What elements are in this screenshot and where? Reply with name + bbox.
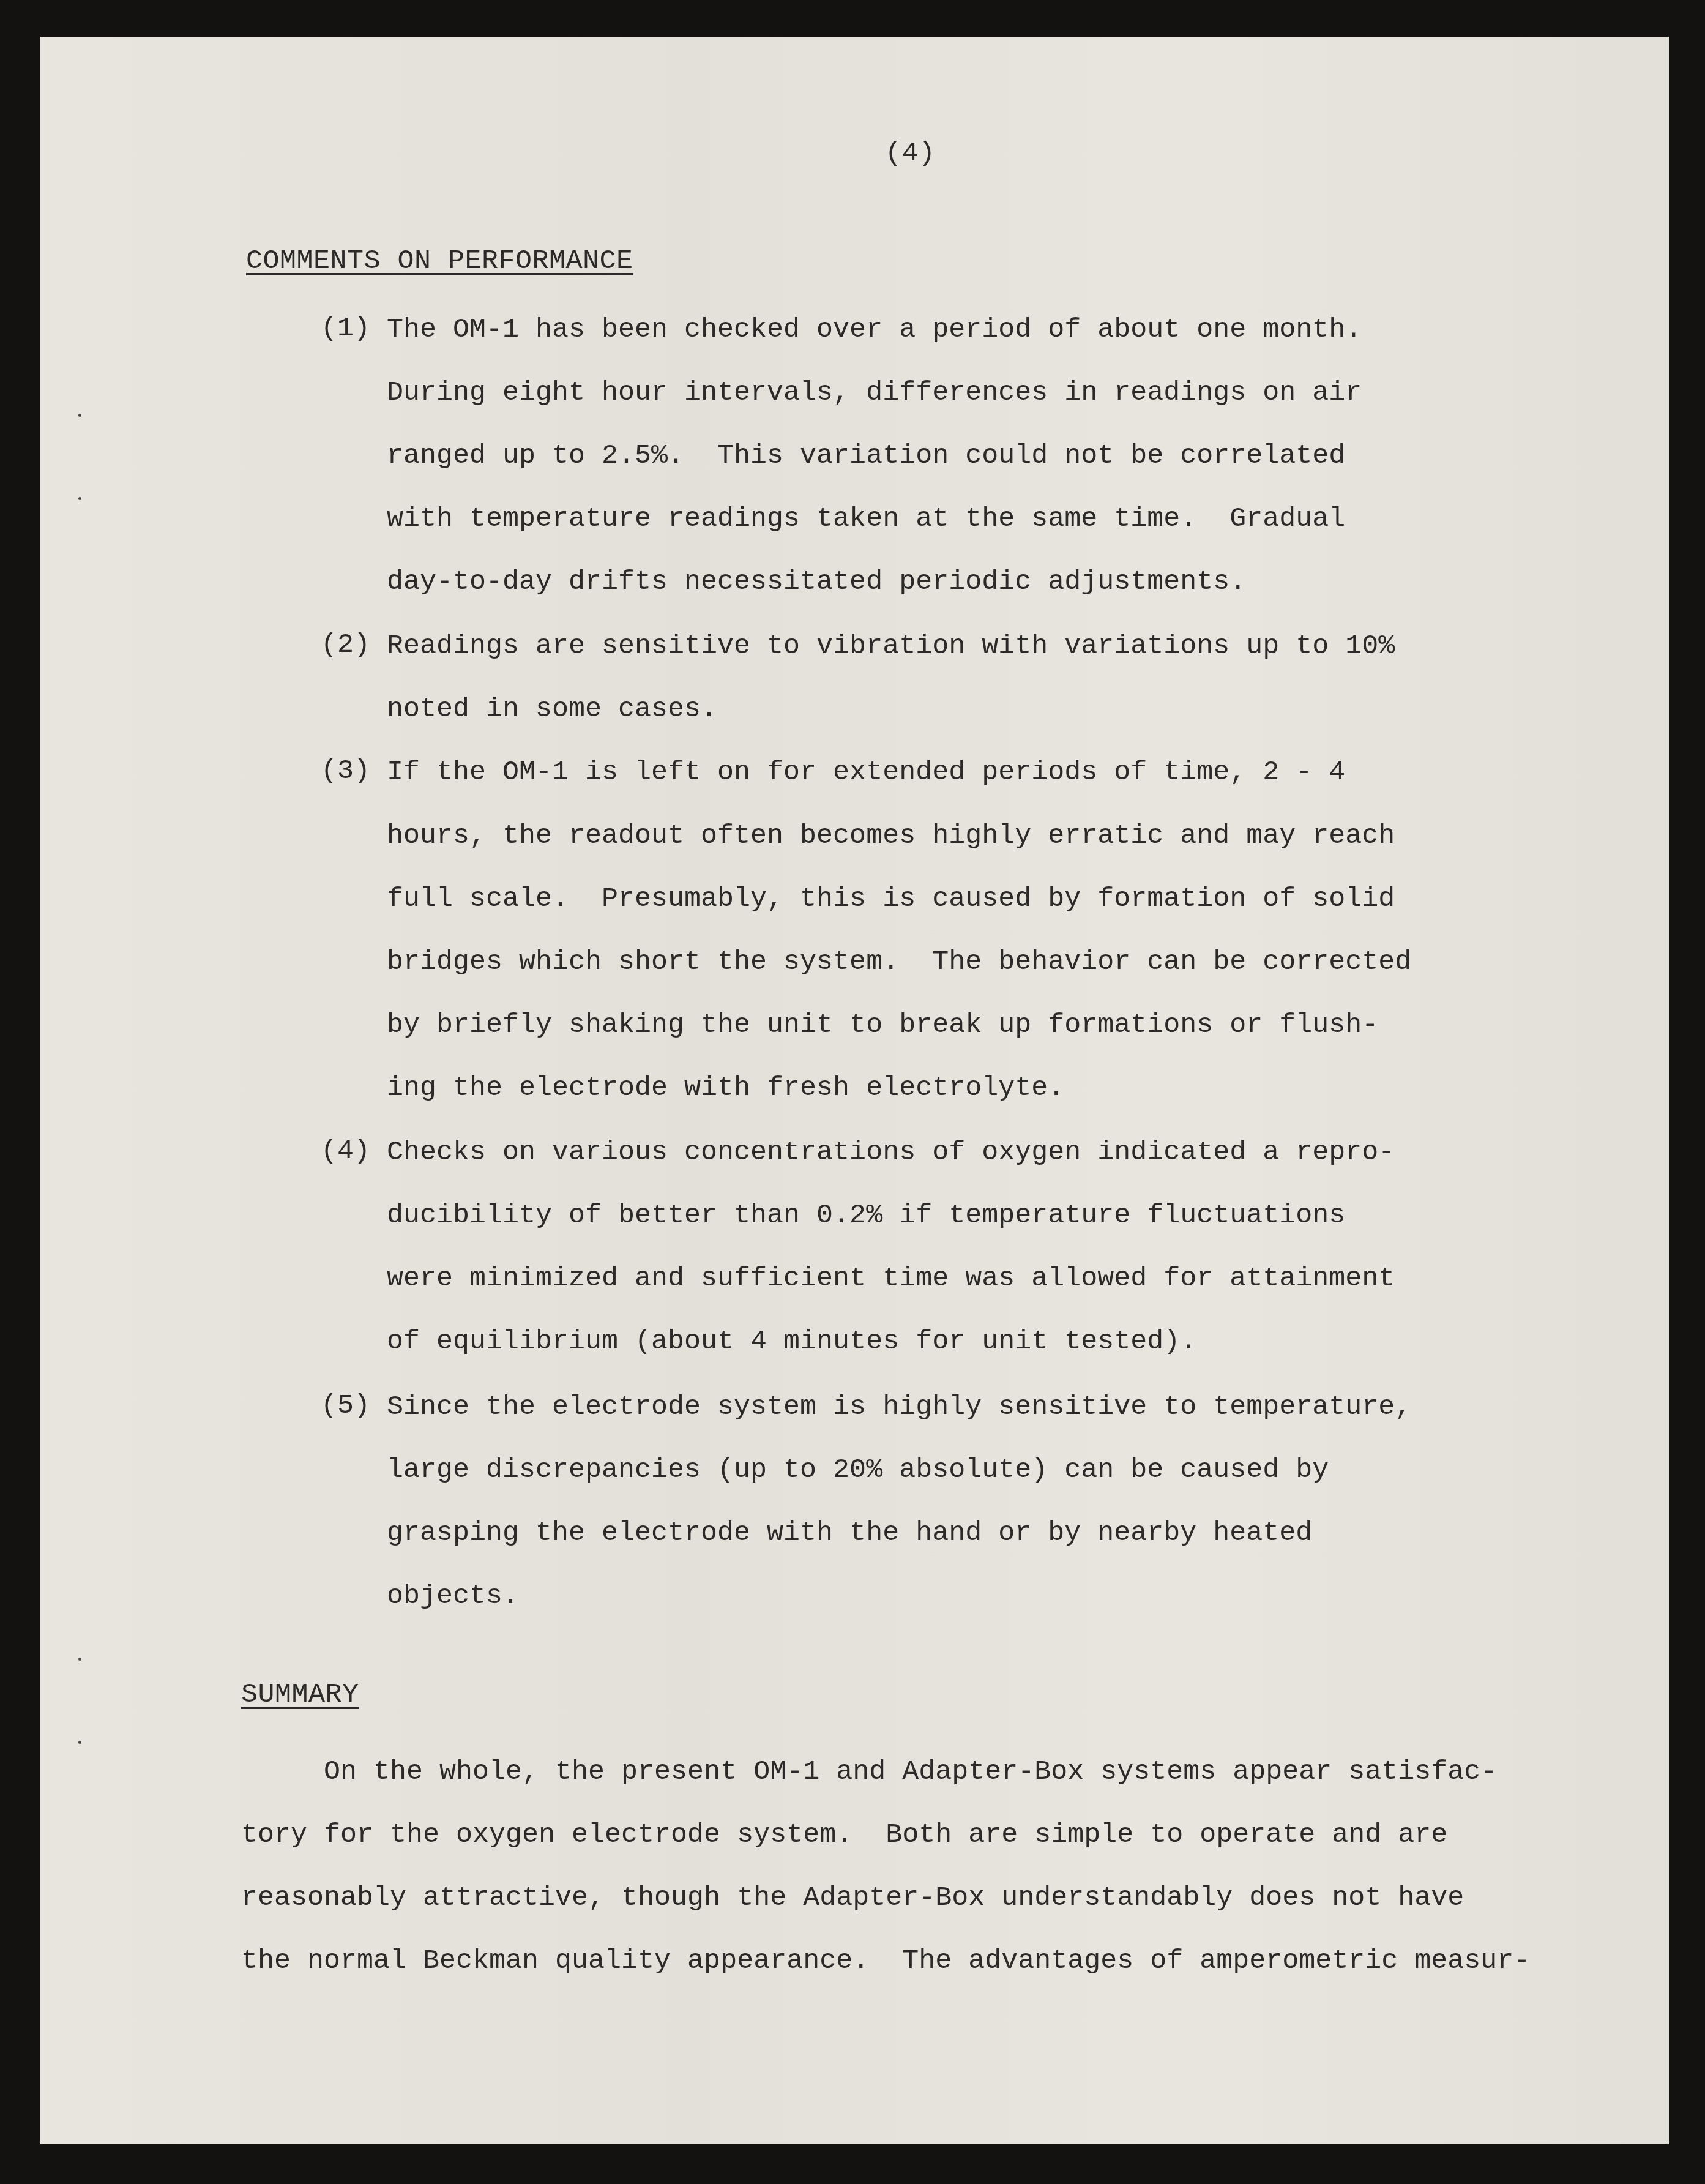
item-line: objects. xyxy=(387,1582,519,1610)
item-line: ranged up to 2.5%. This variation could … xyxy=(387,442,1345,469)
item-line: were minimized and sufficient time was a… xyxy=(387,1265,1395,1292)
summary-line: the normal Beckman quality appearance. T… xyxy=(241,1947,1530,1975)
item-line: of equilibrium (about 4 minutes for unit… xyxy=(387,1328,1196,1355)
paper-speck xyxy=(78,497,81,500)
item-number: (5) xyxy=(321,1392,370,1419)
summary-line: On the whole, the present OM-1 and Adapt… xyxy=(241,1758,1497,1786)
item-number: (2) xyxy=(321,631,370,659)
item-line: bridges which short the system. The beha… xyxy=(387,948,1411,976)
document-page: (4) COMMENTS ON PERFORMANCE (1) The OM-1… xyxy=(40,37,1669,2144)
item-line: ing the electrode with fresh electrolyte… xyxy=(387,1074,1064,1102)
paper-speck xyxy=(78,1658,81,1661)
paper-speck xyxy=(78,414,81,417)
item-line: noted in some cases. xyxy=(387,695,717,723)
item-line: Since the electrode system is highly sen… xyxy=(387,1393,1411,1421)
item-line: The OM-1 has been checked over a period … xyxy=(387,316,1362,343)
item-line: hours, the readout often becomes highly … xyxy=(387,822,1395,850)
item-line: During eight hour intervals, differences… xyxy=(387,379,1362,406)
item-line: grasping the electrode with the hand or … xyxy=(387,1519,1312,1547)
item-line: with temperature readings taken at the s… xyxy=(387,505,1345,533)
section-heading-summary: SUMMARY xyxy=(241,1681,359,1708)
paper-speck xyxy=(78,1741,81,1744)
item-line: ducibility of better than 0.2% if temper… xyxy=(387,1202,1345,1229)
item-line: Checks on various concentrations of oxyg… xyxy=(387,1139,1395,1166)
item-line: large discrepancies (up to 20% absolute)… xyxy=(387,1456,1329,1484)
item-line: day-to-day drifts necessitated periodic … xyxy=(387,568,1246,596)
item-line: If the OM-1 is left on for extended peri… xyxy=(387,758,1345,786)
item-line: Readings are sensitive to vibration with… xyxy=(387,632,1395,660)
page-number: (4) xyxy=(885,140,936,167)
summary-line: tory for the oxygen electrode system. Bo… xyxy=(241,1821,1447,1849)
item-number: (1) xyxy=(321,315,370,342)
item-number: (4) xyxy=(321,1137,370,1165)
item-line: full scale. Presumably, this is caused b… xyxy=(387,885,1395,913)
summary-line: reasonably attractive, though the Adapte… xyxy=(241,1884,1464,1912)
item-number: (3) xyxy=(321,757,370,785)
item-line: by briefly shaking the unit to break up … xyxy=(387,1011,1378,1039)
section-heading-comments: COMMENTS ON PERFORMANCE xyxy=(246,247,633,275)
